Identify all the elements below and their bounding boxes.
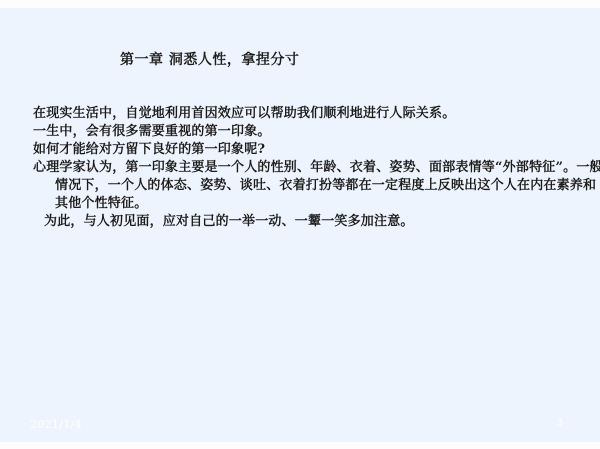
body-line: 其他个性特征。	[33, 195, 580, 213]
body-line: 为此，与人初见面，应对自己的一举一动、一颦一笑多加注意。	[33, 213, 580, 231]
slide-canvas: 第一章 洞悉人性，拿捏分寸 在现实生活中，自觉地利用首因效应可以帮助我们顺利地进…	[0, 0, 600, 449]
body-line: 心理学家认为，第一印象主要是一个人的性别、年龄、衣着、姿势、面部表情等“外部特征…	[33, 159, 580, 177]
footer-date: 2021/1/4	[30, 418, 82, 431]
body-line: 一生中，会有很多需要重视的第一印象。	[33, 123, 580, 141]
slide-body: 在现实生活中，自觉地利用首因效应可以帮助我们顺利地进行人际关系。一生中，会有很多…	[33, 105, 580, 231]
body-line: 在现实生活中，自觉地利用首因效应可以帮助我们顺利地进行人际关系。	[33, 105, 580, 123]
body-line: 情况下，一个人的体态、姿势、谈吐、衣着打扮等都在一定程度上反映出这个人在内在素养…	[33, 177, 580, 195]
body-line: 如何才能给对方留下良好的第一印象呢?	[33, 141, 580, 159]
slide: 第一章 洞悉人性，拿捏分寸 在现实生活中，自觉地利用首因效应可以帮助我们顺利地进…	[0, 8, 600, 442]
footer-page-number: 3	[556, 416, 563, 429]
slide-title: 第一章 洞悉人性，拿捏分寸	[120, 49, 299, 69]
